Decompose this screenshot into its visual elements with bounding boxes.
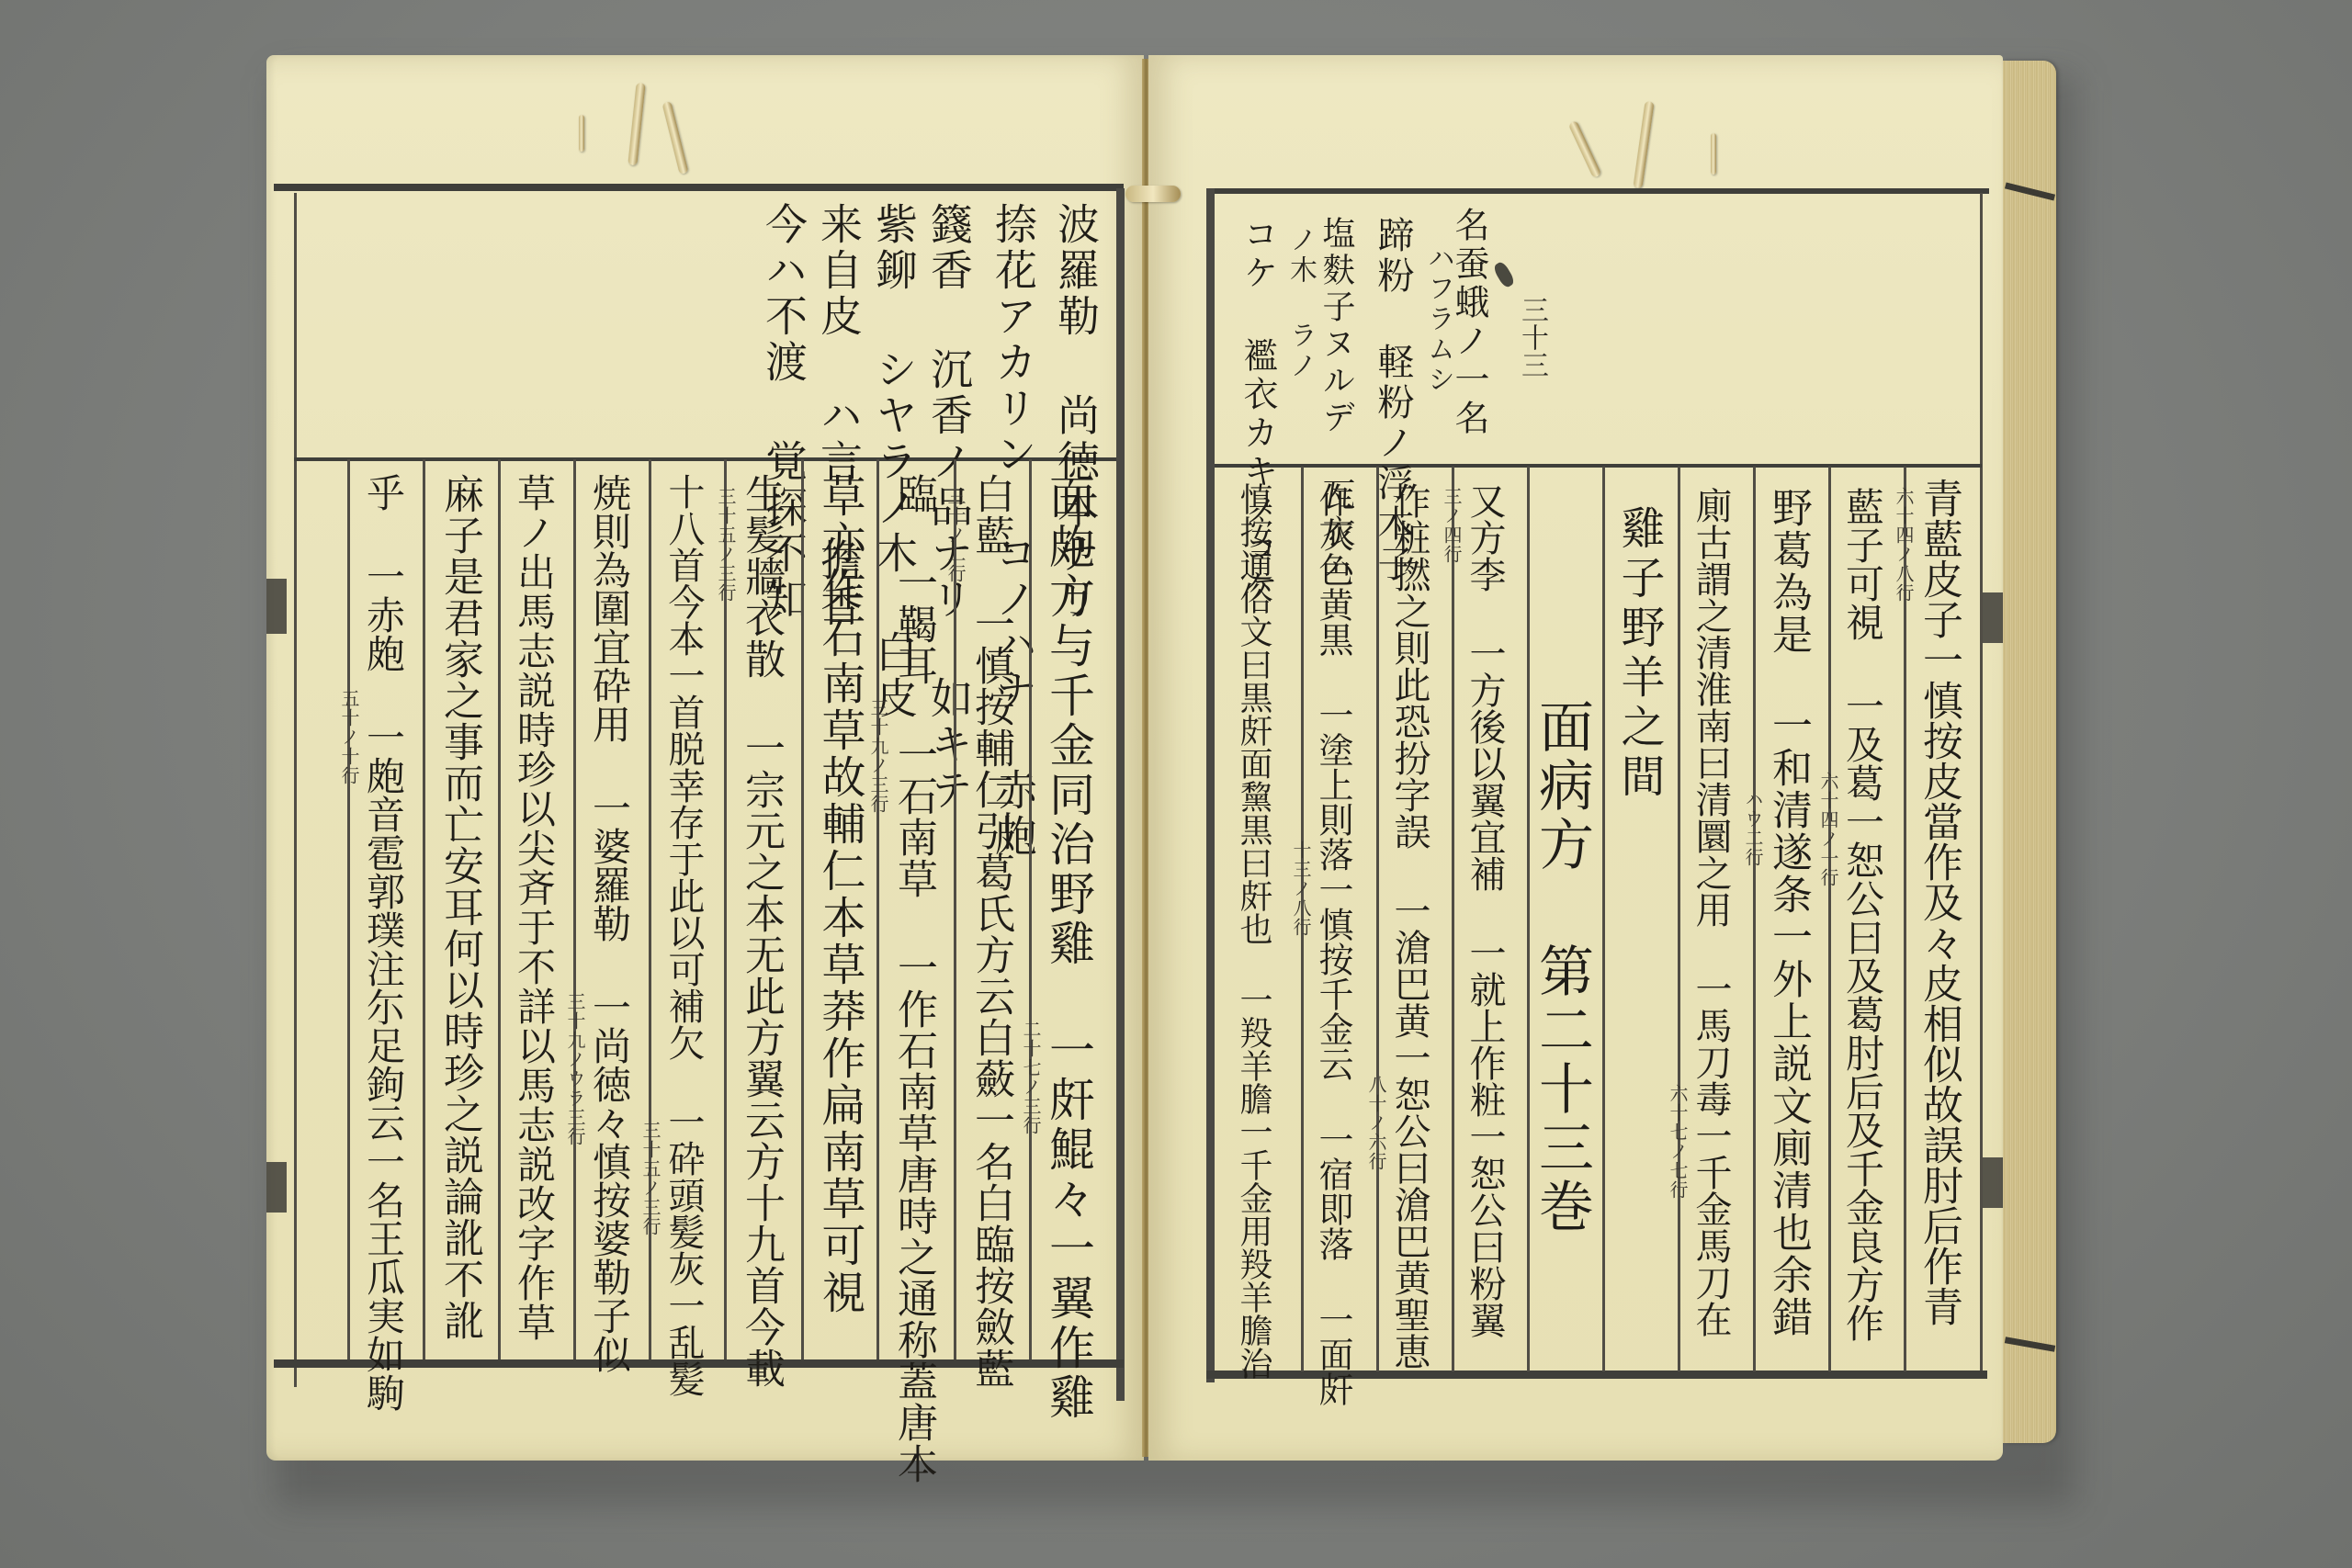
column-rule — [1828, 467, 1831, 1371]
column-rule — [876, 459, 879, 1359]
text-column: 廁古謂之清淮南曰清圜之用 一馬刀毒一千金馬刀在 — [1692, 487, 1729, 1337]
text-column: 麻子是君家之事而亡安耳何以時珍之説論訛不訛 — [439, 473, 480, 1341]
text-column: 焼則為圍宜砕用 一婆羅勒 一尚徳々慎按婆勒子似 — [590, 473, 628, 1373]
text-column: 作灰色黄黒 一塗上則落一慎按千金云 一宿即落 一面皯 — [1316, 482, 1351, 1406]
column-rule — [1678, 467, 1680, 1371]
column-rule — [347, 459, 350, 1359]
text-column: 雞子野羊之間 — [1617, 505, 1661, 803]
chapter-title: 面病方 第二十三巻 — [1534, 698, 1589, 1236]
text-column: 慎按通俗文曰黒皯面黧黒曰皯也 一羖羊膽一千金用羖羊膽治 — [1237, 482, 1270, 1380]
binding-thread — [1568, 120, 1602, 178]
line-reference-note: 三十九ノ三行 — [865, 698, 892, 814]
line-reference-note: ハウ二行 — [1740, 790, 1767, 867]
page-block-fore-edge — [2003, 61, 2056, 1443]
frame-top-rule — [1208, 188, 1989, 194]
text-column: 面皰方与千金同治野雞 一皯鯤々一翼作雞 — [1046, 473, 1091, 1423]
binding-thread — [579, 115, 584, 152]
column-rule — [801, 459, 804, 1359]
column-rule — [1029, 459, 1032, 1359]
column-rule — [1602, 467, 1605, 1371]
text-column: 又方李 一方後以翼宜補 一就上作粧一恕公曰粉翼 — [1466, 482, 1503, 1338]
line-reference-note: 三十五ノ三行 — [638, 1121, 664, 1236]
line-reference-note: 六十四ノ一行 — [1815, 772, 1842, 887]
line-reference-note: 二十七ノ三行 — [1018, 1020, 1045, 1135]
text-column: 生髪牆衣散 一宗元之本无此方翼云方十九首今載 — [741, 473, 781, 1389]
frame-left-rule — [1206, 188, 1215, 1382]
text-column: 乎 一赤皰 一皰音雹郭璞注尓足鉤云一名王瓜実如駒 — [364, 473, 402, 1412]
column-rule — [498, 459, 501, 1359]
frame-right-rule — [1116, 188, 1125, 1401]
binding-thread — [1711, 133, 1716, 175]
binding-thread — [628, 83, 645, 166]
line-reference-note: 五十ノ十行 — [336, 689, 363, 785]
line-reference-note: 八十ノ六行 — [1363, 1075, 1390, 1171]
line-reference-note: 六十七ノ七行 — [1665, 1084, 1691, 1200]
line-reference-note: 三ノ四行 — [1439, 487, 1465, 564]
edge-tab-mark — [1983, 1157, 2003, 1208]
text-column: 臨 一鞨耳 一石南草 一作石南草唐時之通称蓋唐本 — [893, 473, 933, 1484]
line-reference-note: 三十ノ二行 — [943, 487, 969, 583]
text-column: 野葛為是 一和清遂条一外上説文廁清也余錯 — [1768, 487, 1808, 1338]
right-page: 三十三 名蚕蛾ノ一名 ハフラムシ 蹄粉 軽粉ノ浮木子 塩麩子ヌルデ 瓦衣ハ ノ木… — [1148, 55, 2003, 1461]
line-reference-note: 十三ノ八行 — [1288, 840, 1315, 937]
line-reference-note: 三十九ノウラ三行 — [562, 992, 589, 1146]
edge-tab-mark — [266, 1162, 287, 1213]
text-column: 草ノ出馬志説時珍以尖斉于不詳以馬志説改字作草 — [514, 473, 553, 1342]
page-number: 三十三 — [1511, 296, 1552, 378]
text-column: 作粧撚之則此恐扮字誤 一滄巴黄一恕公曰滄巴黄聖恵 — [1391, 482, 1428, 1370]
column-rule — [1376, 467, 1379, 1371]
line-reference-note: 三十五ノ三行 — [713, 487, 740, 603]
frame-left-rule — [294, 193, 297, 1387]
edge-tab-mark — [266, 579, 287, 634]
binding-thread — [1125, 186, 1181, 202]
column-rule — [573, 459, 576, 1359]
upper-note: ハフラムシ — [1424, 243, 1452, 395]
text-column: 青藍皮子一慎按皮當作及々皮相似故誤肘后作青 — [1918, 478, 1959, 1326]
line-reference-note: 六十四ノ八行 — [1891, 487, 1917, 603]
edge-tab-mark — [1983, 592, 2003, 643]
column-rule — [1753, 467, 1756, 1371]
binding-thread — [1633, 101, 1654, 188]
column-rule — [423, 459, 425, 1359]
upper-note: ノ木 ラノ — [1286, 225, 1314, 381]
upper-note: 名蚕蛾ノ一名 — [1452, 207, 1487, 438]
binding-thread — [661, 101, 688, 175]
column-rule — [1452, 467, 1454, 1371]
text-column: 白藍 一慎按輔仁引葛氏方云白蘞一名白臨按斂藍 — [970, 473, 1011, 1389]
text-column: 十八首今本一首脱幸存于此以可補欠 一砕頭髪灰一乱髪 — [665, 473, 702, 1397]
text-column: 藍子可視 一及葛一恕公曰及葛肘后及千金良方作 — [1843, 487, 1882, 1342]
ink-smudge — [1492, 260, 1516, 288]
text-column: 草亦作石南草故輔仁本草莽作扁南草可視 — [818, 473, 862, 1316]
left-page: 波羅勒 尚徳本ナリ 捺花アカリン コノハナ 赤皰 籛香 沉香ノ品ナリ 如キテ 紫… — [266, 55, 1144, 1461]
frame-top-rule — [274, 184, 1124, 191]
column-rule — [954, 459, 956, 1359]
